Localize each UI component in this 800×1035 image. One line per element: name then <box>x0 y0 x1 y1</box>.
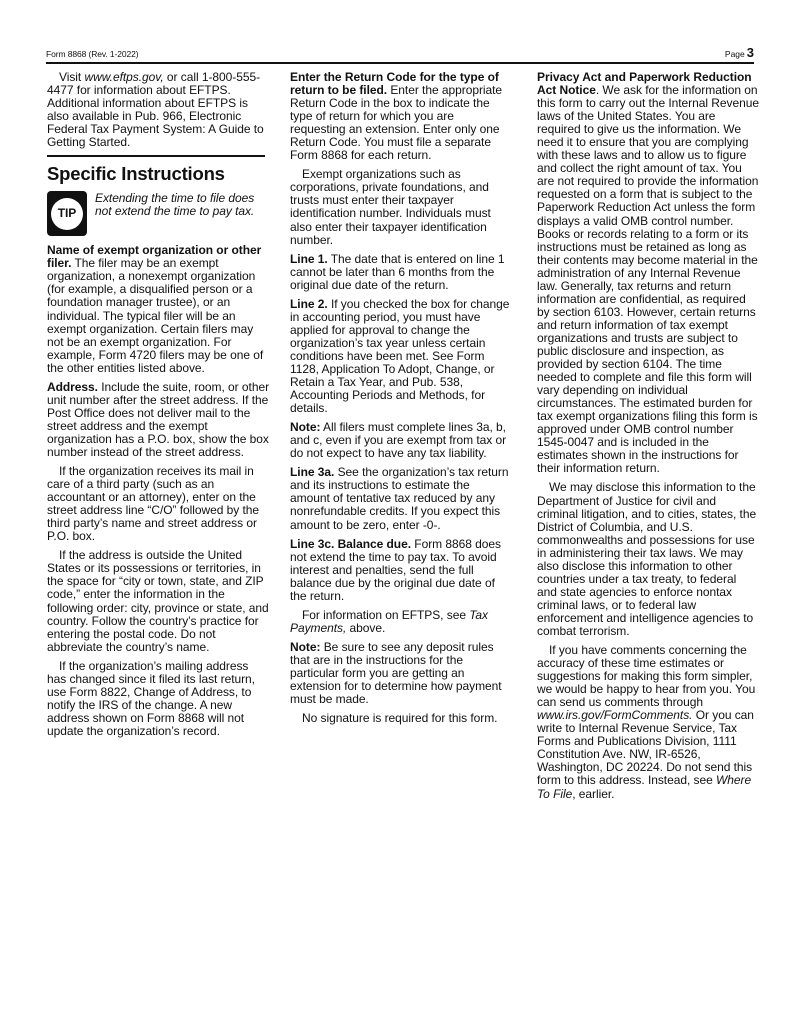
tin-paragraph: Exempt organizations such as corporation… <box>290 168 512 246</box>
tip-icon-label: TIP <box>51 198 83 230</box>
line3c-heading: Line 3c. Balance due. <box>290 537 411 551</box>
section-title: Specific Instructions <box>47 164 269 184</box>
note-heading: Note: <box>290 420 320 434</box>
line2-paragraph: Line 2. If you checked the box for chang… <box>290 298 512 415</box>
line3a-paragraph: Line 3a. See the organization’s tax retu… <box>290 466 512 531</box>
privacy-text: . We ask for the information on this for… <box>537 83 759 475</box>
address-heading: Address. <box>47 380 98 394</box>
eftps-ref-suffix: above. <box>346 621 385 635</box>
comments-paragraph: If you have comments concerning the accu… <box>537 644 759 801</box>
page-indicator: Page3 <box>725 45 754 60</box>
eftps-ref-prefix: For information on EFTPS, see <box>302 608 469 622</box>
line3c-paragraph: Line 3c. Balance due. Form 8868 does not… <box>290 538 512 603</box>
eftps-paragraph: Visit www.eftps.gov, or call 1-800-555-4… <box>47 71 269 149</box>
line2-text: If you checked the box for change in acc… <box>290 297 509 415</box>
comments-suffix: , earlier. <box>572 787 614 801</box>
middle-column: Enter the Return Code for the type of re… <box>290 71 512 731</box>
disclosure-paragraph: We may disclose this information to the … <box>537 481 759 638</box>
page-label: Page <box>725 49 745 59</box>
care-of-paragraph: If the organization receives its mail in… <box>47 465 269 543</box>
page-number: 3 <box>747 45 754 60</box>
address-changed-paragraph: If the organization’s mailing address ha… <box>47 660 269 738</box>
foreign-address-paragraph: If the address is outside the United Sta… <box>47 549 269 653</box>
left-column: Visit www.eftps.gov, or call 1-800-555-4… <box>47 71 269 744</box>
deposit-note-heading: Note: <box>290 640 320 654</box>
form-id: Form 8868 (Rev. 1-2022) <box>46 49 139 59</box>
line1-paragraph: Line 1. The date that is entered on line… <box>290 253 512 292</box>
eftps-prefix: Visit <box>59 70 85 84</box>
name-filer-text: The filer may be an exempt organization,… <box>47 256 263 374</box>
privacy-paragraph: Privacy Act and Paperwork Reduction Act … <box>537 71 759 475</box>
note-text: All filers must complete lines 3a, b, an… <box>290 420 506 460</box>
line2-heading: Line 2. <box>290 297 328 311</box>
page-header: Form 8868 (Rev. 1-2022) Page3 <box>46 44 754 64</box>
signature-paragraph: No signature is required for this form. <box>290 712 512 725</box>
tip-box: TIP Extending the time to file does not … <box>47 191 269 236</box>
return-code-paragraph: Enter the Return Code for the type of re… <box>290 71 512 162</box>
comments-prefix: If you have comments concerning the accu… <box>537 643 755 709</box>
tip-text: Extending the time to file does not exte… <box>95 191 269 218</box>
eftps-reference-paragraph: For information on EFTPS, see Tax Paymen… <box>290 609 512 635</box>
line1-heading: Line 1. <box>290 252 328 266</box>
form-comments-link[interactable]: www.irs.gov/FormComments. <box>537 708 692 722</box>
name-filer-paragraph: Name of exempt organization or other fil… <box>47 244 269 374</box>
eftps-link[interactable]: www.eftps.gov, <box>85 70 164 84</box>
note-lines-paragraph: Note: All filers must complete lines 3a,… <box>290 421 512 460</box>
deposit-note-text: Be sure to see any deposit rules that ar… <box>290 640 502 706</box>
section-divider <box>47 155 265 157</box>
tip-icon: TIP <box>47 191 87 236</box>
right-column: Privacy Act and Paperwork Reduction Act … <box>537 71 759 807</box>
address-paragraph: Address. Include the suite, room, or oth… <box>47 381 269 459</box>
deposit-note-paragraph: Note: Be sure to see any deposit rules t… <box>290 641 512 706</box>
line3a-heading: Line 3a. <box>290 465 334 479</box>
